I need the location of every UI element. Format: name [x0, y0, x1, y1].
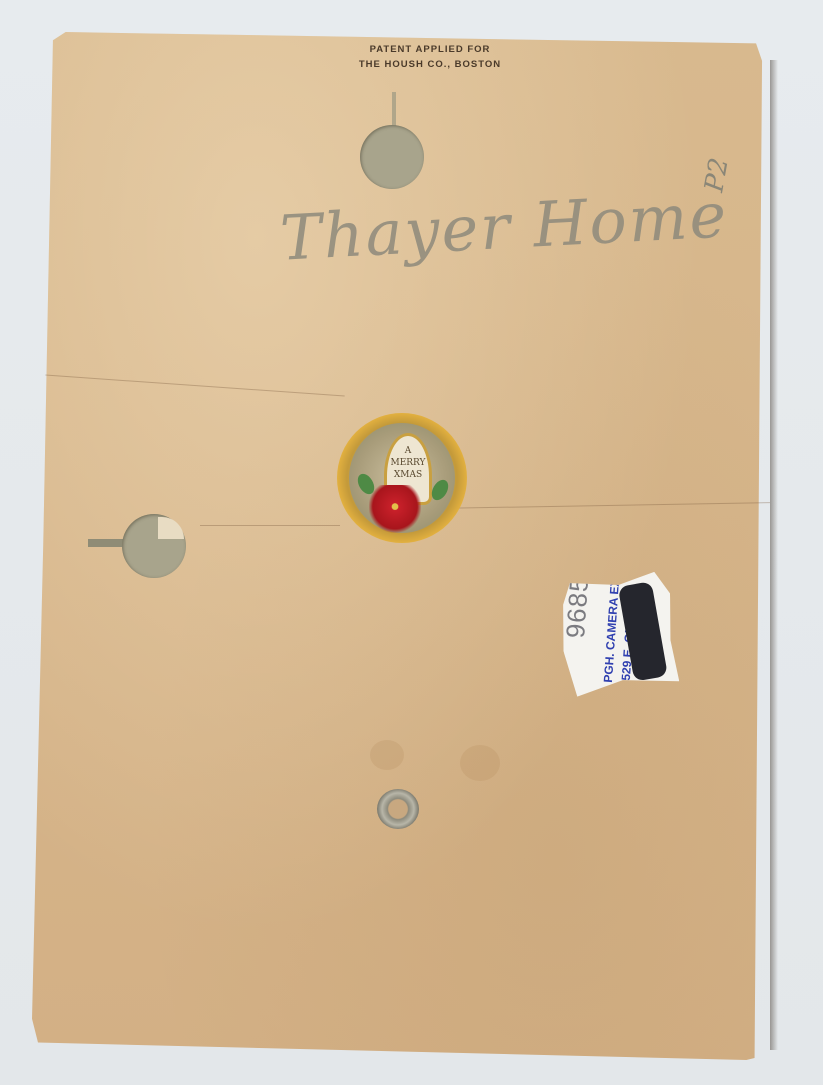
price-tag-sticker: 96857 PGH. CAMERA EX. 529 E. OHIO ST. — [556, 570, 680, 697]
patent-line-2: THE HOUSH CO., BOSTON — [330, 57, 530, 72]
seal-text-line-1: A — [384, 445, 432, 457]
metal-grommet-icon — [377, 789, 419, 829]
top-hole-slot — [392, 92, 396, 128]
top-hanging-hole — [360, 125, 424, 189]
card-edge-shadow — [770, 60, 778, 1050]
seal-text-line-3: XMAS — [384, 469, 432, 481]
seal-ornament: A MERRY XMAS — [349, 423, 455, 533]
seal-text-line-2: MERRY — [384, 457, 432, 469]
crease-line — [200, 525, 340, 526]
poinsettia-flower-icon — [369, 485, 421, 533]
seal-text: A MERRY XMAS — [384, 445, 432, 481]
water-stain — [370, 740, 404, 770]
merry-xmas-seal: A MERRY XMAS — [337, 413, 467, 543]
handwritten-note: P2 — [699, 156, 734, 195]
patent-text: PATENT APPLIED FOR THE HOUSH CO., BOSTON — [330, 42, 530, 72]
water-stain — [460, 745, 500, 781]
patent-line-1: PATENT APPLIED FOR — [330, 42, 530, 57]
